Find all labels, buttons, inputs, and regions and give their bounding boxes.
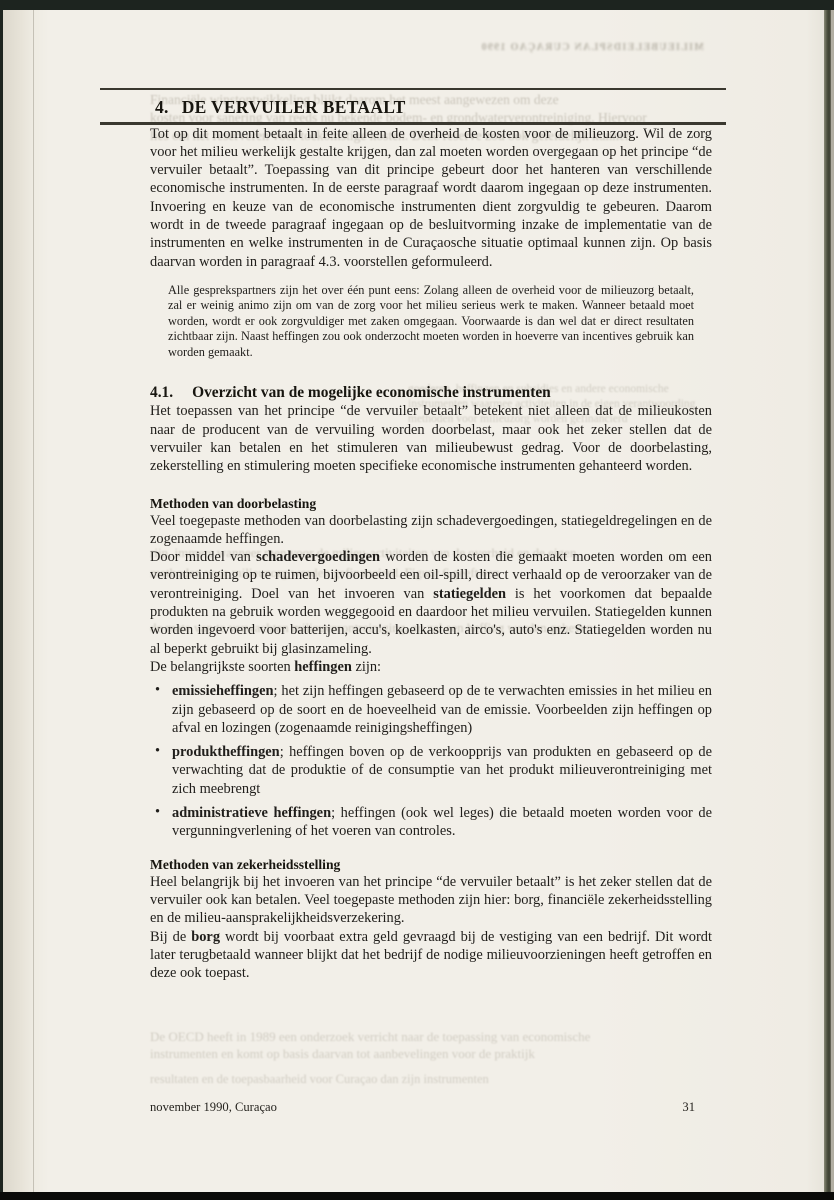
bullet-text: produktheffingen; heffingen boven op de … <box>172 744 712 797</box>
subheading-doorbelasting: Methoden van doorbelasting <box>150 496 726 512</box>
bullet-item-emissieheffingen: •emissieheffingen; het zijn heffingen ge… <box>150 682 712 737</box>
interview-quote-block: Alle gesprekspartners zijn het over één … <box>168 283 694 361</box>
bullet-text: emissieheffingen; het zijn heffingen geb… <box>172 683 712 736</box>
scan-bottom-border <box>0 1192 834 1200</box>
bullet-item-produktheffingen: •produktheffingen; heffingen boven op de… <box>150 743 712 798</box>
footer-page-number: 31 <box>682 1100 695 1115</box>
subheading-zekerheidsstelling: Methoden van zekerheidsstelling <box>150 857 726 873</box>
bullet-item-administratieve-heffingen: •administratieve heffingen; heffingen (o… <box>150 804 712 841</box>
intro-paragraph: Tot op dit moment betaalt in feite allee… <box>150 125 712 271</box>
text-column: 4.DE VERVUILER BETAALT Tot op dit moment… <box>100 86 726 982</box>
chapter-number: 4. <box>155 97 169 117</box>
chapter-heading: 4.DE VERVUILER BETAALT <box>155 97 726 118</box>
chapter-title-text: DE VERVUILER BETAALT <box>182 97 406 117</box>
bullet-text: administratieve heffingen; heffingen (oo… <box>172 805 712 839</box>
paragraph-methoden: Veel toegepaste methoden van doorbelasti… <box>150 512 712 549</box>
chapter-rule-top <box>100 88 726 90</box>
section-number: 4.1. <box>150 384 173 401</box>
bullet-dot-icon: • <box>155 803 160 821</box>
bullet-dot-icon: • <box>155 742 160 760</box>
scanned-document-page: MILIEUBELEIDSPLAN CURAÇAO 1990 Financiël… <box>0 0 834 1200</box>
paragraph-toepassen: Het toepassen van het principe “de vervu… <box>150 402 712 475</box>
footer-date: november 1990, Curaçao <box>150 1100 277 1115</box>
page-binding-edge <box>33 10 34 1192</box>
paragraph-heel-belangrijk: Heel belangrijk bij het invoeren van het… <box>150 873 712 928</box>
page-footer: november 1990, Curaçao 31 <box>150 1100 695 1115</box>
paragraph-schadevergoedingen: Door middel van schadevergoedingen worde… <box>150 548 712 658</box>
paragraph-borg: Bij de borg wordt bij voorbaat extra gel… <box>150 928 712 983</box>
heffingen-bullet-list: •emissieheffingen; het zijn heffingen ge… <box>150 682 712 840</box>
paragraph-soorten-heffingen: De belangrijkste soorten heffingen zijn: <box>150 658 712 676</box>
book-edge-shadow <box>824 10 831 1192</box>
section-title-text: Overzicht van de mogelijke economische i… <box>192 384 551 401</box>
bullet-dot-icon: • <box>155 681 160 699</box>
section-heading-41: 4.1.Overzicht van de mogelijke economisc… <box>150 384 726 402</box>
